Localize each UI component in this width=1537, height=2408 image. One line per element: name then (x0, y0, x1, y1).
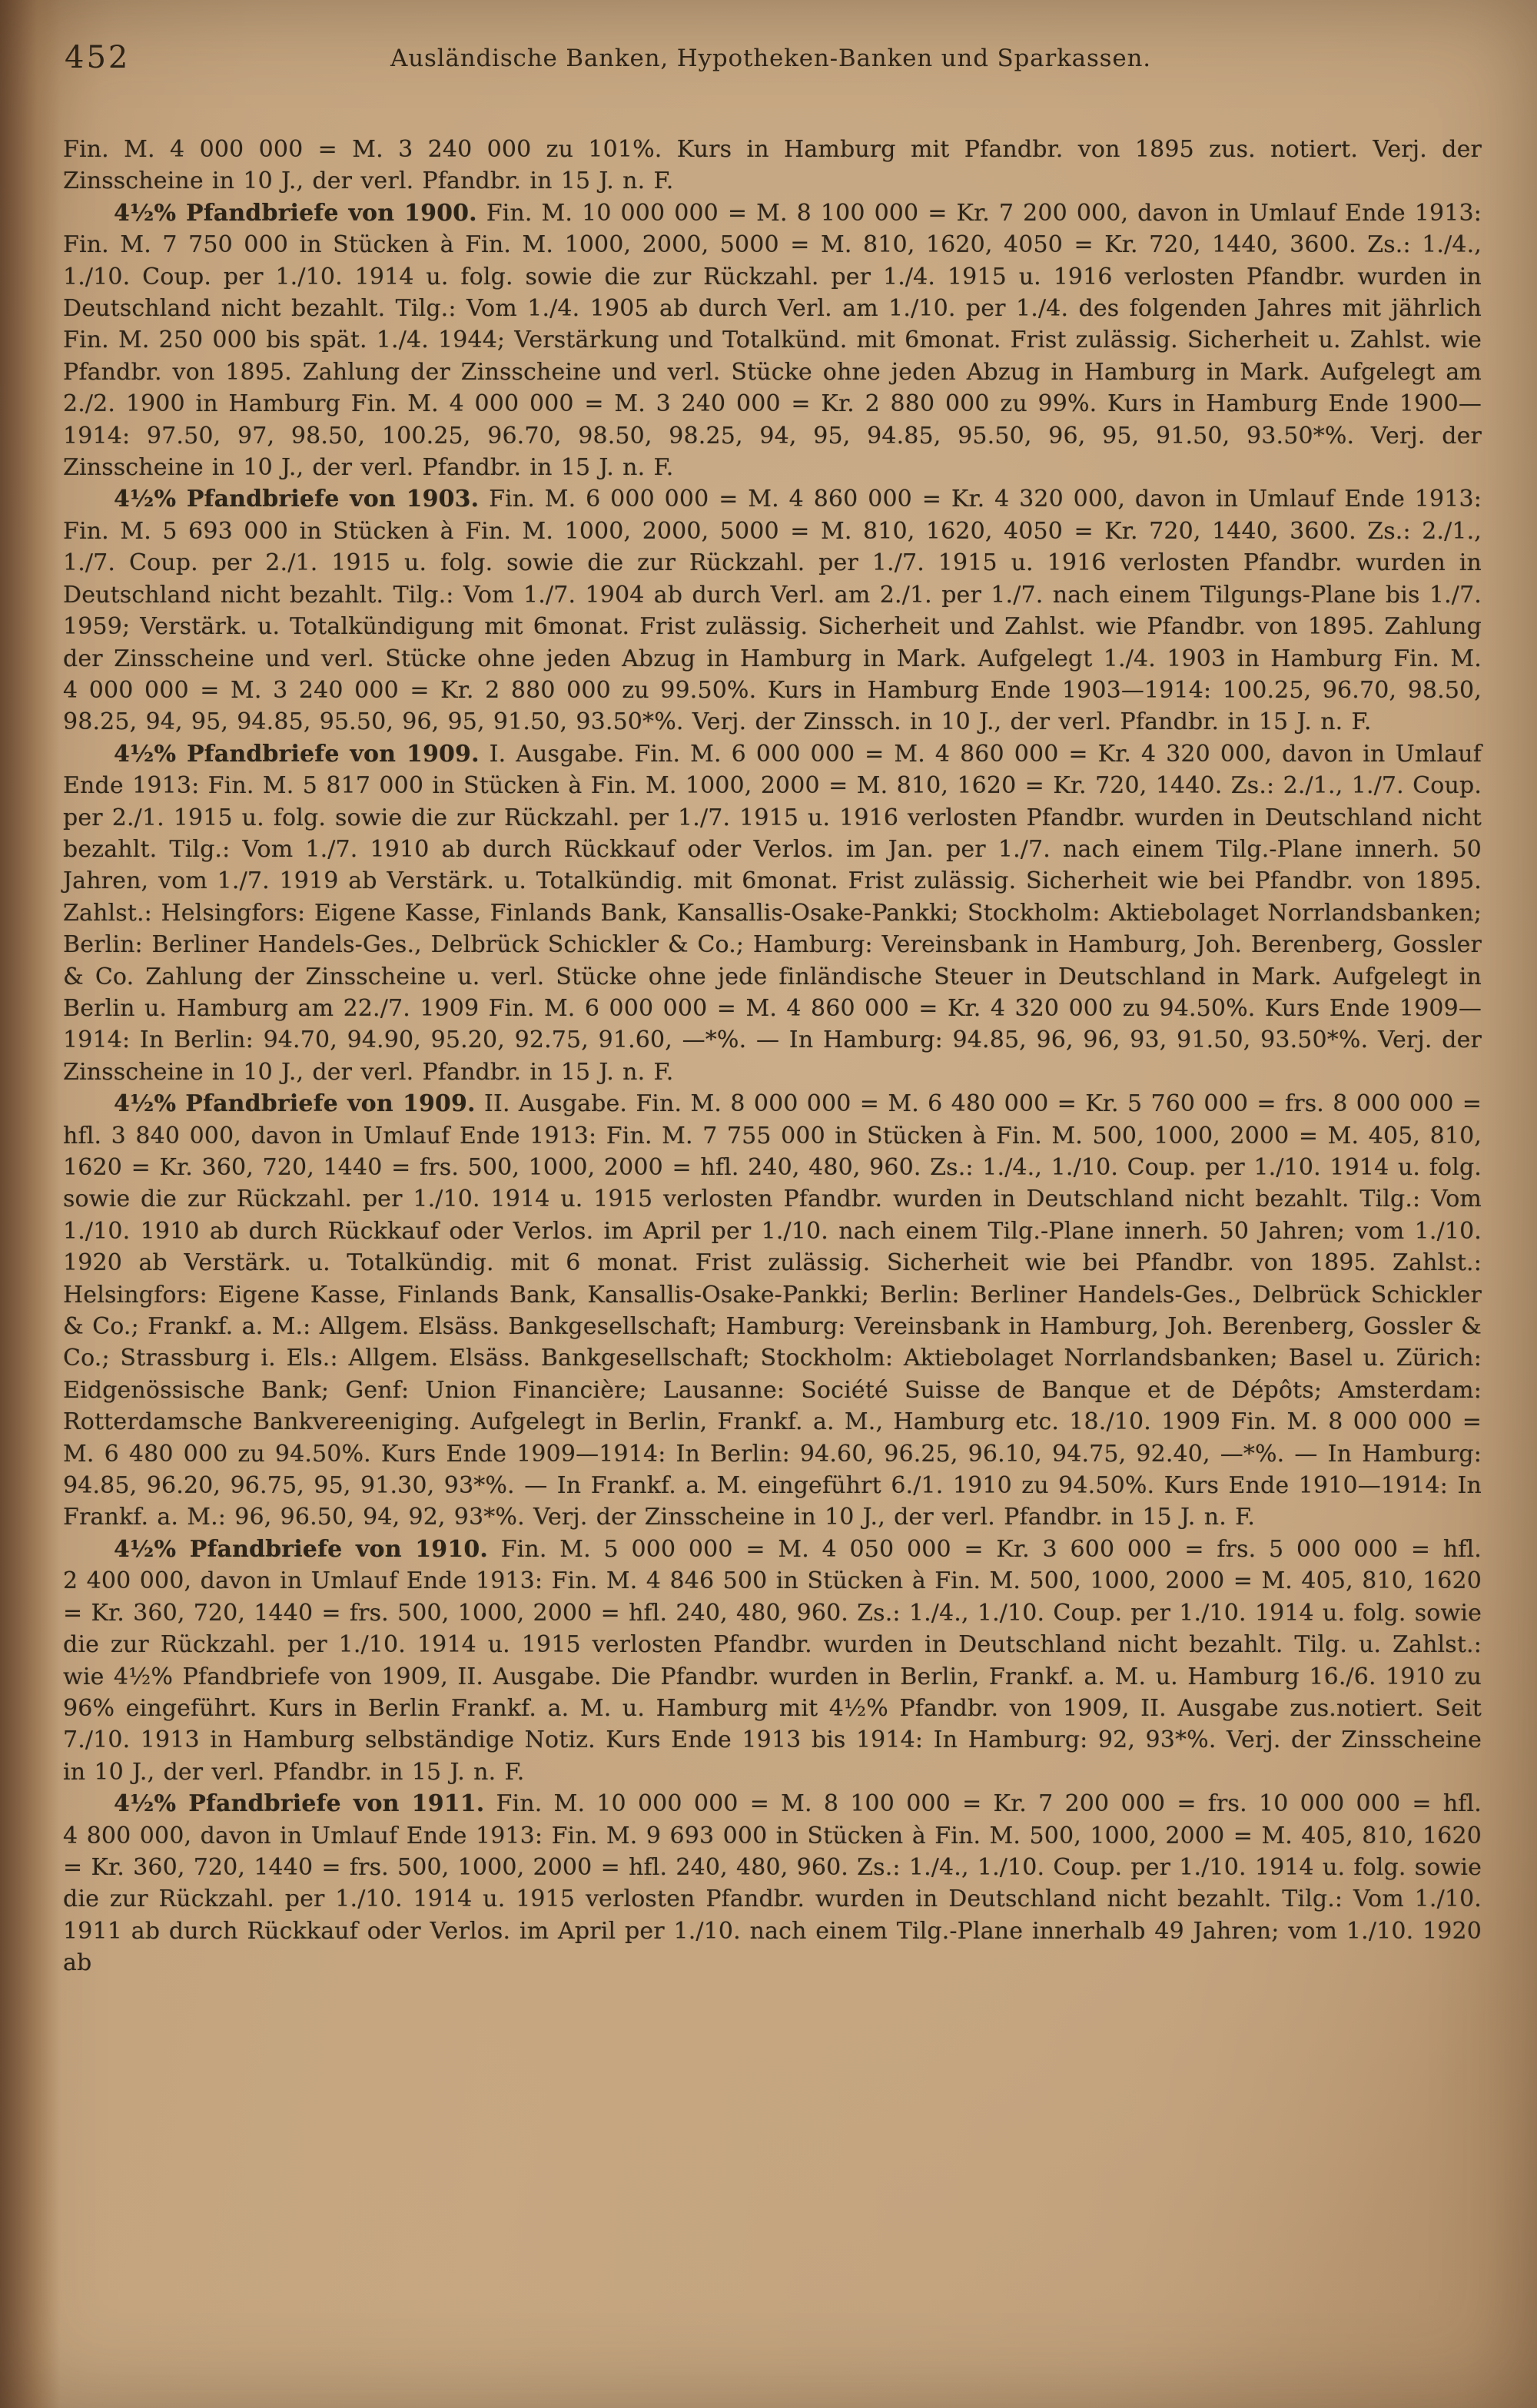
paragraph-pfandbriefe-1909-ausgabe-1: 4½% Pfandbriefe von 1909. I. Ausgabe. Fi… (63, 738, 1482, 1088)
paragraph-pfandbriefe-1910: 4½% Pfandbriefe von 1910. Fin. M. 5 000 … (63, 1534, 1482, 1788)
book-page: 452 Ausländische Banken, Hypotheken-Bank… (0, 0, 1537, 2408)
paragraph-pfandbriefe-1911: 4½% Pfandbriefe von 1911. Fin. M. 10 000… (63, 1788, 1482, 1978)
paragraph-body: II. Ausgabe. Fin. M. 8 000 000 = M. 6 48… (63, 1090, 1482, 1531)
paragraph-lead: 4½% Pfandbriefe von 1903. (114, 486, 479, 512)
text-block: Fin. M. 4 000 000 = M. 3 240 000 zu 101%… (63, 134, 1482, 1979)
paragraph-pfandbriefe-1900: 4½% Pfandbriefe von 1900. Fin. M. 10 000… (63, 197, 1482, 484)
paragraph-body: Fin. M. 10 000 000 = M. 8 100 000 = Kr. … (63, 200, 1482, 481)
paragraph-body: Fin. M. 10 000 000 = M. 8 100 000 = Kr. … (63, 1790, 1482, 1976)
paragraph-body: I. Ausgabe. Fin. M. 6 000 000 = M. 4 860… (63, 741, 1482, 1086)
paragraph-lead: 4½% Pfandbriefe von 1900. (114, 200, 477, 227)
paragraph-lead: 4½% Pfandbriefe von 1909. (114, 1090, 476, 1117)
page-number: 452 (65, 40, 130, 75)
paragraph-body: Fin. M. 5 000 000 = M. 4 050 000 = Kr. 3… (63, 1536, 1482, 1786)
running-head: 452 Ausländische Banken, Hypotheken-Bank… (65, 40, 1477, 72)
running-title: Ausländische Banken, Hypotheken-Banken u… (65, 40, 1477, 72)
paragraph-lead: 4½% Pfandbriefe von 1909. (114, 741, 480, 768)
paragraph-lead: 4½% Pfandbriefe von 1910. (114, 1536, 488, 1563)
paragraph-lead: 4½% Pfandbriefe von 1911. (114, 1790, 484, 1817)
paragraph-body: Fin. M. 6 000 000 = M. 4 860 000 = Kr. 4… (63, 486, 1482, 735)
paragraph-body: Fin. M. 4 000 000 = M. 3 240 000 zu 101%… (63, 136, 1482, 194)
paragraph-pfandbriefe-1903: 4½% Pfandbriefe von 1903. Fin. M. 6 000 … (63, 483, 1482, 738)
paragraph-pfandbriefe-1909-ausgabe-2: 4½% Pfandbriefe von 1909. II. Ausgabe. F… (63, 1088, 1482, 1534)
page-gutter-shadow (0, 0, 60, 2408)
paragraph-continuation-1895: Fin. M. 4 000 000 = M. 3 240 000 zu 101%… (63, 134, 1482, 197)
